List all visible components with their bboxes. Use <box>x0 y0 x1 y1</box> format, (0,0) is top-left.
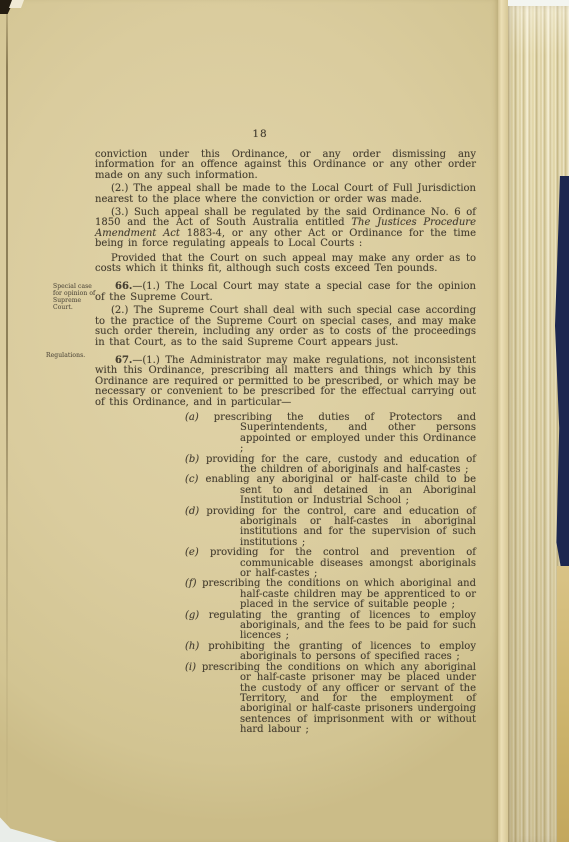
list-item-a: (a) prescribing the duties of Protectors… <box>95 413 476 455</box>
margin-note-regulations: Regulations. <box>46 352 92 359</box>
list-item-b-text: providing for the care, custody and educ… <box>206 454 476 475</box>
list-item-f: (f) prescribing the conditions on which … <box>95 579 476 610</box>
document-page: 18 Special case for opinion of Supreme C… <box>0 0 498 842</box>
list-item-g: (g) regulating the granting of licences … <box>95 611 476 642</box>
list-item-i-label: (i) <box>185 662 196 673</box>
list-item-h-text: prohibiting the granting of licences to … <box>208 641 476 662</box>
paragraph-continuation: conviction under this Ordinance, or any … <box>95 150 476 181</box>
list-item-b-label: (b) <box>185 454 199 465</box>
list-item-g-text: regulating the granting of licences to e… <box>209 610 476 642</box>
list-item-d-label: (d) <box>185 506 199 517</box>
section-66-number: 66. <box>115 281 132 292</box>
margin-note-special-case: Special case for opinion of Supreme Cour… <box>53 283 99 311</box>
section-67-number: 67. <box>115 355 132 366</box>
list-item-a-text: prescribing the duties of Protectors and… <box>214 412 476 454</box>
text-block: conviction under this Ordinance, or any … <box>95 150 476 736</box>
list-item-b: (b) providing for the care, custody and … <box>95 455 476 476</box>
list-item-f-text: prescribing the conditions on which abor… <box>202 578 476 610</box>
paragraph-2: (2.) The appeal shall be made to the Loc… <box>95 184 476 205</box>
section-67-clause-1: 67.—(1.) The Administrator may make regu… <box>95 356 476 408</box>
list-item-f-label: (f) <box>185 578 197 589</box>
list-item-c: (c) enabling any aboriginal or half-cast… <box>95 475 476 506</box>
list-item-d: (d) providing for the control, care and … <box>95 507 476 549</box>
list-item-c-text: enabling any aboriginal or half-caste ch… <box>206 474 476 506</box>
list-item-e: (e) providing for the control and preven… <box>95 548 476 579</box>
list-item-e-text: providing for the control and prevention… <box>210 547 476 579</box>
paragraph-3: (3.) Such appeal shall be regulated by t… <box>95 208 476 250</box>
section-66-clause-1: 66.—(1.) The Local Court may state a spe… <box>95 282 476 303</box>
book-cover-edge <box>557 566 569 842</box>
section-66-clause-2: (2.) The Supreme Court shall deal with s… <box>95 306 476 348</box>
list-item-d-text: providing for the control, care and educ… <box>206 506 476 548</box>
list-item-h: (h) prohibiting the granting of licences… <box>95 642 476 663</box>
list-item-i-text: prescribing the conditions on which any … <box>202 662 476 735</box>
list-item-i: (i) prescribing the conditions on which … <box>95 663 476 736</box>
list-item-a-label: (a) <box>185 412 199 423</box>
regulations-list: (a) prescribing the duties of Protectors… <box>95 413 476 736</box>
scanned-book-photo: 18 Special case for opinion of Supreme C… <box>0 0 569 842</box>
list-item-c-label: (c) <box>185 474 198 485</box>
section-67-subclause: —(1.) <box>132 355 165 366</box>
section-66-subclause: —(1.) <box>132 281 165 292</box>
gutter-shadow-line <box>6 0 8 842</box>
paragraph-proviso: Provided that the Court on such appeal m… <box>95 254 476 275</box>
page-number: 18 <box>95 128 425 140</box>
list-item-h-label: (h) <box>185 641 199 652</box>
list-item-g-label: (g) <box>185 610 199 621</box>
list-item-e-label: (e) <box>185 547 199 558</box>
